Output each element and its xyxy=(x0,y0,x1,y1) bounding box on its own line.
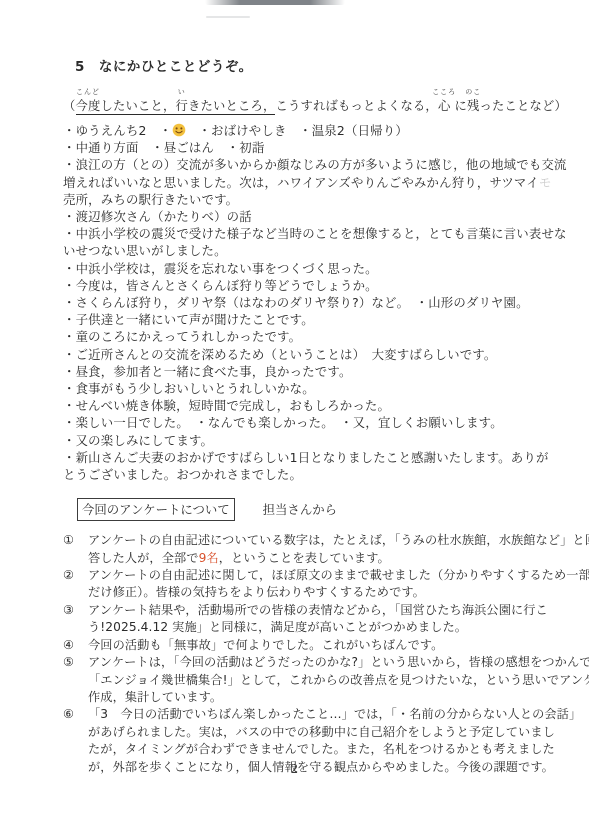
item-number: ④ xyxy=(63,637,88,654)
comment-line: ・新山さんご夫妻のおかげですばらしい1日となりましたこと感謝いたします。ありが xyxy=(63,449,549,466)
ruby-noko: のこ残 xyxy=(467,96,480,114)
comment-line: とうございました。おつかれさまでした。 xyxy=(63,466,549,483)
item-line: 作成，集計しています。 xyxy=(88,689,589,706)
survey-item-4: ④ 今回の活動も「無事故」で何よりでした。これがいちばんです。 xyxy=(63,637,549,654)
comment-line: ・童のころにかえってうれしかったです。 xyxy=(63,328,549,345)
comment-line: 売所，みちの駅行きたいです。 xyxy=(63,191,549,208)
item-number: ② xyxy=(63,567,88,602)
item-line: アンケートの自由記述についている数字は，たとえば，「うみの杜水族館，水族館など」… xyxy=(88,532,589,549)
comment-line: ・せんべい焼き体験，短時間で完成し，おもしろかった。 xyxy=(63,397,549,414)
item-line: があげられました。実は，バスの中での移動中に自己紹介をしようと予定していまし xyxy=(88,724,581,741)
subtitle-text-1: したいこと， xyxy=(101,99,176,113)
item-line: だけ修正）。皆様の気持ちをより伝わりやすくするためです。 xyxy=(88,584,589,601)
subtitle-line: （こんど今度したいこと，い行きたいところ，こうすればもっとよくなる，こころ心 に… xyxy=(63,85,549,114)
comment-line: ・中通り方面 ・昼ごはん ・初詣 xyxy=(63,139,549,156)
comment-line: ・今度は，皆さんとさくらんぼ狩り等どうでしょうか。 xyxy=(63,277,549,294)
furigana-noko: のこ xyxy=(465,87,481,97)
survey-box-title: 今回のアンケートについて xyxy=(77,498,235,521)
section-heading: 5 なにかひとことどうぞ。 xyxy=(75,55,549,75)
item-line: アンケートは，「今回の活動はどうだったのかな?」という思いから，皆様の感想をつか… xyxy=(88,654,589,671)
subtitle-text-5: ったことなど） xyxy=(480,99,567,113)
comment-line: ・又の楽しみにしてます。 xyxy=(63,432,549,449)
item-line: 「エンジョイ幾世橋集合!」として，これからの改善点を見つけたいな，という思いでア… xyxy=(88,672,589,689)
comment-line: ・子供達と一緒にいて声が聞けたことです。 xyxy=(63,311,549,328)
survey-item-3: ③ アンケート結果や，活動場所での皆様の表情などから，「国営ひたち海浜公園に行こ… xyxy=(63,602,549,637)
comment-line: ・昼食，参加者と一緒に食べた事，良かったです。 xyxy=(63,363,549,380)
comment-line: ・ゆうえんち2 ・ ・おばけやしき ・温泉2（日帰り） xyxy=(63,122,549,139)
underlined-phrase: こんど今度したいこと，い行きたいところ， xyxy=(76,99,276,115)
page-content: 5 なにかひとことどうぞ。 （こんど今度したいこと，い行きたいところ，こうすれば… xyxy=(63,0,549,776)
comment-line: ・さくらんぼ狩り，ダリヤ祭（はなわのダリヤ祭り?）など。 ・山形のダリヤ園。 xyxy=(63,294,549,311)
smiling-face-emoji xyxy=(172,123,186,137)
comment-line: 増えればいいなと思いました。次は，ハワイアンズやりんごやみかん狩り，サツマイモ xyxy=(63,174,549,191)
furigana-iku: い xyxy=(178,87,186,97)
survey-section-header: 今回のアンケートについて 担当さんから xyxy=(77,498,549,521)
comment-line: ・渡辺修次さん（かたりべ）の話 xyxy=(63,208,549,225)
document-page: 5 なにかひとことどうぞ。 （こんど今度したいこと，い行きたいところ，こうすれば… xyxy=(0,0,589,836)
free-comments-list: ・ゆうえんち2 ・ ・おばけやしき ・温泉2（日帰り） ・中通り方面 ・昼ごはん… xyxy=(63,122,549,483)
survey-byline: 担当さんから xyxy=(263,502,337,517)
item-line: たが，タイミングが合わずできませんでした。また，名札をつけるかとも考えました xyxy=(88,741,581,758)
item-line: 今回の活動も「無事故」で何よりでした。これがいちばんです。 xyxy=(88,637,549,654)
faded-character: モ xyxy=(539,175,552,190)
item-line: アンケート結果や，活動場所での皆様の表情などから，「国営ひたち海浜公園に行こ xyxy=(88,602,549,619)
comment-line: ・楽しい一日でした。 ・なんでも楽しかった。 ・又，宜しくお願いします。 xyxy=(63,414,549,431)
comment-line: ・食事がもう少しおいしいとうれしいかな。 xyxy=(63,380,549,397)
ruby-kondo: こんど今度 xyxy=(76,96,101,114)
item-line: う!2025.4.12 実施」と同様に，満足度が高いことがつかめました。 xyxy=(88,619,549,636)
comment-line: ・中浜小学校は，震災を忘れない事をつくづく思った。 xyxy=(63,260,549,277)
item-number: ① xyxy=(63,532,88,567)
page-number: 2 xyxy=(0,762,589,776)
comment-line: ・浪江の方（との）交流が多いからか顔なじみの方が多いように感じ，他の地域でも交流 xyxy=(63,156,549,173)
highlighted-count: 9名 xyxy=(199,551,219,565)
item-number: ③ xyxy=(63,602,88,637)
comment-line: ・ご近所さんとの交流を深めるため（ということは） 大変すばらしいです。 xyxy=(63,346,549,363)
subtitle-open-paren: （ xyxy=(63,99,76,113)
survey-item-2: ② アンケートの自由記述に関して，ほぼ原文のままで載せました（分かりやすくするた… xyxy=(63,567,549,602)
subtitle-text-2: きたいところ， xyxy=(188,99,275,113)
ruby-iku: い行 xyxy=(175,96,188,114)
survey-notes-list: ① アンケートの自由記述についている数字は，たとえば，「うみの杜水族館，水族館な… xyxy=(63,532,549,776)
subtitle-text-4: に xyxy=(450,99,467,113)
item-line: アンケートの自由記述に関して，ほぼ原文のままで載せました（分かりやすくするため一… xyxy=(88,567,589,584)
item-line: 「3 今日の活動でいちばん楽しかったこと…」では，「・名前の分からない人との会話… xyxy=(88,706,581,723)
item-number: ⑤ xyxy=(63,654,88,706)
furigana-kokoro: こころ xyxy=(432,87,456,97)
furigana-kondo: こんど xyxy=(76,87,100,97)
item-line: 答した人が，全部で9名，ということを表しています。 xyxy=(88,550,589,567)
subtitle-text-3: こうすればもっとよくなる， xyxy=(275,99,437,113)
survey-item-1: ① アンケートの自由記述についている数字は，たとえば，「うみの杜水族館，水族館な… xyxy=(63,532,549,567)
survey-item-5: ⑤ アンケートは，「今回の活動はどうだったのかな?」という思いから，皆様の感想を… xyxy=(63,654,549,706)
comment-line: いせつない思いがしました。 xyxy=(63,242,549,259)
comment-line: ・中浜小学校の震災で受けた様子など当時のことを想像すると，とても言葉に言い表せな xyxy=(63,225,549,242)
ruby-kokoro: こころ心 xyxy=(438,96,451,114)
